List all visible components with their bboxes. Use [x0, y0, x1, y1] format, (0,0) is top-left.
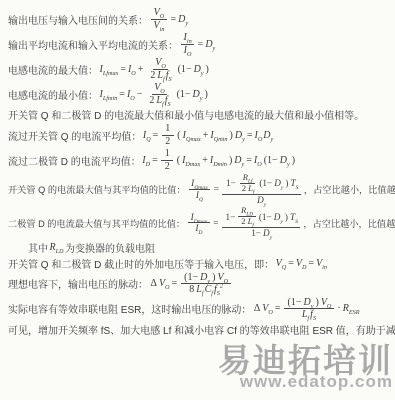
text-run: ，占空比越小，比值越小: [303, 216, 395, 230]
fraction: RLD2Lf: [238, 206, 257, 227]
math-var: RLD: [49, 242, 64, 253]
math-var: IDmin: [209, 155, 227, 166]
fraction: (1−Dy)VOLffS: [284, 297, 334, 321]
math-var: Dy: [234, 130, 245, 141]
math-op: =: [287, 258, 296, 269]
math-var: fS: [165, 70, 172, 82]
fraction: VO2LffS: [146, 82, 173, 106]
math-var: VQ: [275, 258, 287, 269]
document-line: 二极管 D 的电流最大值与其平均值的比值：IDmaxID=1−RLD2Lf(1−…: [8, 206, 391, 238]
math-op: +: [201, 130, 210, 141]
formula: IQ=12(IQmax+IQmin)Dy=IODy: [142, 123, 273, 147]
text-run: 输出电压与输入电压间的关系：: [8, 12, 148, 27]
document-line: 流过开关管 Q 的电流平均值：IQ=12(IQmax+IQmin)Dy=IODy: [8, 123, 391, 147]
math-var: Lf: [157, 70, 165, 82]
math-op: (1−: [262, 155, 279, 166]
math-op: =: [307, 258, 316, 269]
document-lines: 输出电压与输入电压间的关系：VOVin=Dy输出平均电流和输入平均电流的关系：I…: [8, 7, 391, 337]
math-var: VO: [154, 82, 166, 94]
math-var: Dy: [274, 178, 284, 189]
math-var: Dy: [193, 64, 204, 75]
fraction: RLf2Lf: [238, 173, 257, 194]
math-op: =: [196, 39, 205, 50]
math-var: IQ: [142, 130, 151, 141]
formula: IDmaxID=1−RLD2Lf(1−Dy)TS1−Dy: [186, 206, 302, 238]
math-var: IQ: [195, 190, 203, 201]
math-op: ): [290, 155, 296, 166]
math-var: Dy: [263, 130, 274, 141]
math-var: Lf: [156, 95, 164, 107]
math-op: =: [212, 184, 220, 194]
formula: RLD: [49, 242, 64, 253]
math-op: (1−: [286, 297, 303, 309]
math-op: =: [170, 278, 179, 289]
math-var: TS: [290, 178, 299, 189]
text-run: 可见，增加开关频率 fS、加大电感 Lf 和减小电容 Cf 的等效串联电阻 ES…: [8, 322, 395, 337]
math-var: IQmax: [191, 178, 209, 189]
math-op: (1−: [183, 272, 200, 284]
fraction: IDmaxID: [188, 212, 210, 234]
document-line: 输出电压与输入电压间的关系：VOVin=Dy: [8, 7, 391, 31]
formula: VQ=VD=Vin: [275, 258, 327, 269]
math-op: 2: [164, 136, 172, 148]
math-var: VO: [158, 278, 170, 289]
text-run: 流过开关管 Q 的电流平均值：: [8, 128, 141, 143]
math-var: Dy: [303, 297, 314, 309]
math-var: VO: [153, 7, 165, 19]
formula: ILfmax=IO+VO2LffS(1−Dy): [99, 57, 210, 81]
math-var: IQmax: [182, 130, 201, 141]
fraction: 12: [162, 123, 174, 147]
math-op: 2: [240, 217, 247, 227]
math-op: 8: [188, 284, 196, 296]
math-var: RESR: [342, 303, 360, 314]
fraction: 1−RLD2Lf(1−Dy)TS1−Dy: [222, 206, 300, 238]
document-line: 实际电容有等效串联电阻 ESR，这时输出电压的脉动：ΔVO=(1−Dy)VOLf…: [8, 297, 391, 321]
math-var: Lf: [247, 217, 254, 227]
watermark: 易迪拓培训 www.edatop.com: [218, 344, 393, 390]
text-run: 开关管 Q 和二极管 D 的电流最大值和最小值与电感电流的最大值和最小值相等。: [8, 107, 364, 122]
formula: ΔVO=(1−Dy)VO8LfCffS2: [149, 272, 233, 296]
math-var: Iin: [183, 32, 192, 44]
math-var: Lf: [301, 309, 309, 321]
math-var: Dy: [178, 14, 189, 25]
math-op: =: [245, 130, 254, 141]
math-op: ): [204, 64, 210, 75]
text-run: 实际电容有等效串联电阻 ESR，这时输出电压的脉动：: [8, 301, 251, 316]
formula: VOVin=Dy: [149, 7, 189, 31]
formula: ΔVO=(1−Dy)VOLffS·RESR: [252, 297, 360, 321]
math-var: Cf: [204, 284, 213, 296]
math-op: 2: [149, 70, 157, 82]
math-op: 1−: [224, 212, 237, 223]
formula: ID=12(IDmax+IDmin)Dy=IO(1−Dy): [142, 148, 297, 172]
text-run: 电感电流的最大值：: [8, 62, 98, 77]
math-op: =: [245, 155, 254, 166]
math-var: VD: [295, 258, 307, 269]
text-run: 开关管 Q 的电流最大值与其平均值的比值：: [8, 182, 186, 196]
math-var: Dy: [262, 228, 272, 239]
math-var: VO: [320, 297, 332, 309]
math-op: 1−: [250, 228, 263, 239]
document-line: 开关管 Q 和二极管 D 的电流最大值和最小值与电感电流的最大值和最小值相等。: [8, 107, 391, 122]
math-var: IO: [254, 130, 263, 141]
text-run: 电感电流的最小值：: [8, 87, 98, 102]
math-var: Lf: [248, 184, 255, 194]
math-var: IDmax: [182, 155, 201, 166]
math-op: +: [201, 155, 210, 166]
math-var: fS: [310, 309, 317, 321]
math-var: ID: [195, 223, 203, 234]
text-run: ，占空比越小，比值越大: [304, 182, 395, 196]
math-op: ): [203, 89, 209, 100]
formula: IinIO=Dy: [179, 32, 216, 56]
math-op: 2: [240, 184, 247, 194]
document-line: 输出平均电流和输入平均电流的关系：IinIO=Dy: [8, 32, 391, 56]
math-var: VO: [155, 57, 167, 69]
math-op: =: [151, 155, 160, 166]
text-run: 二极管 D 的电流最大值与其平均值的比值：: [8, 216, 185, 230]
document-line: 电感电流的最小值：ILfmin=IO−VO2LffS(1−Dy): [8, 82, 391, 106]
fraction: 12: [161, 148, 173, 172]
text-run: 流过二极管 D 的电流平均值：: [8, 153, 141, 168]
text-run: 其中: [28, 240, 48, 255]
document-line: 电感电流的最大值：ILfmax=IO+VO2LffS(1−Dy): [8, 57, 391, 81]
watermark-logo-text: 易迪拓培训: [218, 344, 393, 377]
math-var: IQmin: [210, 130, 228, 141]
math-var: Dy: [205, 39, 216, 50]
document-line: 开关管 Q 的电流最大值与其平均值的比值：IQmaxIQ=1−RLf2Lf(1−…: [8, 173, 391, 205]
math-var: IO: [127, 64, 136, 75]
math-op: 1: [164, 123, 172, 135]
fraction: IQmaxIQ: [189, 178, 211, 200]
math-op: =: [151, 130, 160, 141]
math-op: Δ: [149, 278, 158, 289]
math-var: TS: [289, 212, 298, 223]
fraction: IinIO: [181, 32, 194, 56]
math-op: (1−: [258, 178, 274, 189]
math-op: 2: [148, 95, 156, 107]
math-var: IDmax: [190, 212, 208, 223]
document-line: 可见，增加开关频率 fS、加大电感 Lf 和减小电容 Cf 的等效串联电阻 ES…: [8, 322, 391, 337]
math-var: RLD: [240, 206, 253, 216]
text-run: 理想电容下，输出电压的脉动：: [8, 276, 148, 291]
math-var: Dy: [234, 155, 245, 166]
math-op: −: [135, 89, 144, 100]
math-op: Δ: [252, 303, 261, 314]
math-var: Dy: [192, 89, 203, 100]
math-var: fS2: [213, 284, 223, 296]
math-var: IO: [183, 45, 192, 57]
math-op: =: [273, 303, 282, 314]
math-var: VO: [262, 303, 274, 314]
math-var: IO: [253, 155, 262, 166]
fraction: VO2LffS: [147, 57, 174, 81]
math-var: VO: [217, 272, 229, 284]
document-line: 理想电容下，输出电压的脉动：ΔVO=(1−Dy)VO8LfCffS2: [8, 272, 391, 296]
math-var: Dy: [279, 155, 290, 166]
math-op: 2: [163, 161, 171, 173]
math-op: (1−: [176, 64, 193, 75]
formula: IQmaxIQ=1−RLf2Lf(1−Dy)TSDy: [187, 173, 303, 205]
fraction: VOVin: [151, 7, 167, 31]
math-op: 1−: [224, 178, 237, 189]
document-line: 开关管 Q 和二极管 D 截止时的外加电压等于输入电压，即：VQ=VD=Vin: [8, 256, 391, 271]
math-var: Lf: [196, 284, 204, 296]
fraction: (1−Dy)VO8LfCffS2: [181, 272, 231, 296]
document-page: 输出电压与输入电压间的关系：VOVin=Dy输出平均电流和输入平均电流的关系：I…: [0, 0, 395, 400]
watermark-url: www.edatop.com: [218, 373, 393, 390]
math-var: Dy: [200, 272, 211, 284]
text-run: 为变换器的负载电阻: [65, 240, 155, 255]
math-var: ILfmin: [99, 89, 118, 100]
fraction: 1−RLf2Lf(1−Dy)TSDy: [222, 173, 300, 205]
text-run: 开关管 Q 和二极管 D 截止时的外加电压等于输入电压，即：: [8, 256, 274, 271]
math-op: =: [212, 218, 220, 228]
math-op: (1−: [175, 89, 192, 100]
math-op: +: [136, 64, 145, 75]
math-op: =: [119, 64, 128, 75]
formula: ILfmin=IO−VO2LffS(1−Dy): [99, 82, 209, 106]
math-var: Dy: [257, 195, 267, 206]
text-run: 输出平均电流和输入平均电流的关系：: [8, 37, 178, 52]
math-var: fS: [164, 95, 171, 107]
math-var: ILfmax: [99, 64, 119, 75]
math-var: IO: [126, 89, 135, 100]
document-line: 流过二极管 D 的电流平均值：ID=12(IDmax+IDmin)Dy=IO(1…: [8, 148, 391, 172]
math-op: =: [169, 14, 178, 25]
math-var: ID: [142, 155, 151, 166]
math-op: =: [118, 89, 127, 100]
math-op: (1−: [257, 212, 273, 223]
document-line: 其中 RLD 为变换器的负载电阻: [28, 240, 391, 255]
math-var: Vin: [153, 20, 165, 32]
math-op: 1: [163, 148, 171, 160]
math-var: RLf: [242, 173, 253, 183]
math-var: Dy: [273, 212, 283, 223]
math-var: Vin: [316, 258, 328, 269]
